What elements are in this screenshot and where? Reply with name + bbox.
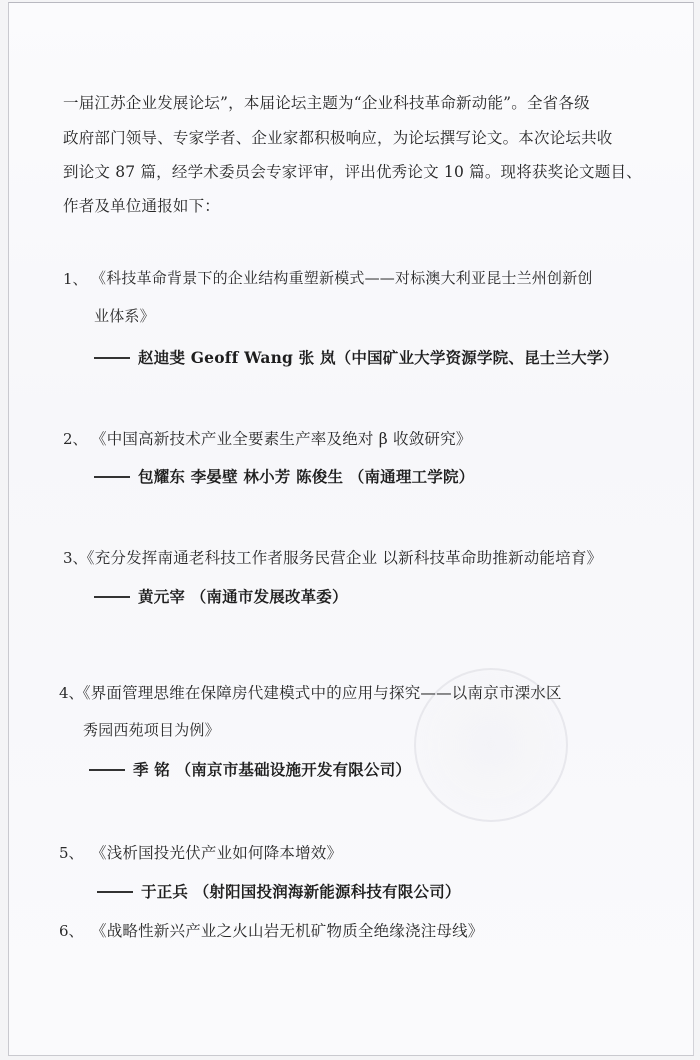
paper-1-title-line-2: 业体系》	[94, 305, 155, 326]
intro-line-2: 政府部门领导、专家学者、企业家都积极响应，为论坛撰写论文。本次论坛共收	[63, 126, 613, 148]
paper-2-authors-line: 包耀东 李晏壁 林小芳 陈俊生 （南通理工学院）	[94, 465, 474, 487]
paper-3-title-line-1: 《充分发挥南通老科技工作者服务民营企业 以新科技革命助推新动能培育》	[79, 546, 602, 568]
paper-2-authors: 包耀东 李晏壁 林小芳 陈俊生 （南通理工学院）	[138, 467, 474, 486]
dash-mark	[89, 769, 125, 770]
paper-4-authors-line: 季 铭 （南京市基础设施开发有限公司）	[89, 758, 411, 780]
paper-3-authors: 黄元宰 （南通市发展改革委）	[138, 587, 348, 606]
intro-line-3: 到论文 87 篇，经学术委员会专家评审，评出优秀论文 10 篇。现将获奖论文题目…	[63, 160, 642, 182]
paper-5-title-line-1: 《浅析国投光伏产业如何降本增效》	[91, 841, 342, 863]
dash-mark	[94, 596, 130, 597]
intro-line-1: 一届江苏企业发展论坛”，本届论坛主题为“企业科技革命新动能”。全省各级	[63, 91, 590, 113]
dash-mark	[97, 891, 133, 892]
paper-5-authors: 于正兵 （射阳国投润海新能源科技有限公司）	[141, 882, 461, 901]
paper-5-authors-line: 于正兵 （射阳国投润海新能源科技有限公司）	[97, 880, 461, 902]
intro-line-4: 作者及单位通报如下：	[63, 194, 220, 216]
paper-4-title-line-1: 《界面管理思维在保障房代建模式中的应用与探究——以南京市溧水区	[75, 681, 562, 703]
paper-1-number: 1、	[63, 268, 88, 289]
paper-1-authors-line: 赵迪斐 Geoff Wang 张 岚（中国矿业大学资源学院、昆士兰大学）	[94, 346, 618, 368]
paper-1-title-line-1: 《科技革命背景下的企业结构重塑新模式——对标澳大利亚昆士兰州创新创	[91, 267, 593, 288]
dash-mark	[94, 476, 130, 477]
paper-5-number: 5、	[59, 842, 84, 863]
paper-1-authors: 赵迪斐 Geoff Wang 张 岚（中国矿业大学资源学院、昆士兰大学）	[138, 348, 618, 367]
paper-4-authors: 季 铭 （南京市基础设施开发有限公司）	[133, 760, 411, 779]
document-page: 一届江苏企业发展论坛”，本届论坛主题为“企业科技革命新动能”。全省各级 政府部门…	[8, 2, 694, 1056]
paper-6-number: 6、	[59, 920, 84, 941]
dash-mark	[94, 357, 130, 358]
paper-3-authors-line: 黄元宰 （南通市发展改革委）	[94, 585, 348, 607]
paper-2-title-line-1: 《中国高新技术产业全要素生产率及绝对 β 收敛研究》	[91, 427, 472, 449]
paper-4-title-line-2: 秀园西苑项目为例》	[83, 719, 220, 740]
paper-2-number: 2、	[63, 428, 88, 449]
paper-6-title-line-1: 《战略性新兴产业之火山岩无机矿物质全绝缘浇注母线》	[91, 919, 484, 941]
